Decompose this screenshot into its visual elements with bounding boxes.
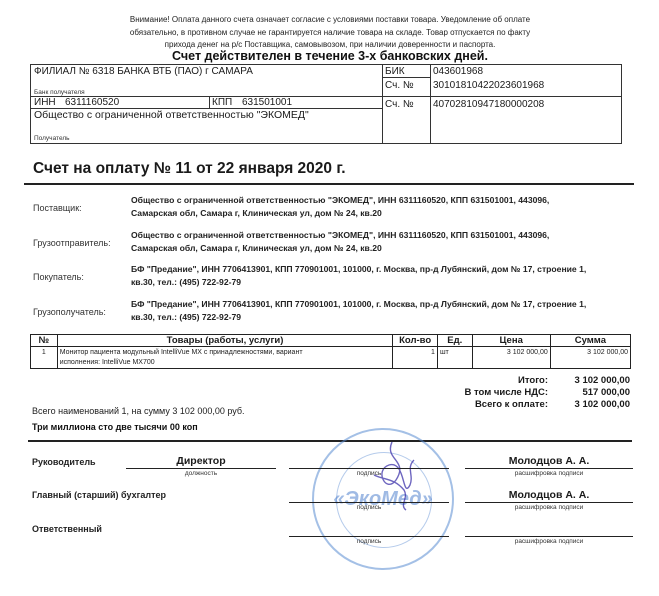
shipper-line-1: Общество с ограниченной ответственностью… bbox=[131, 229, 631, 242]
account-label: Сч. № bbox=[385, 99, 414, 110]
head-position: Директор bbox=[126, 455, 276, 467]
responsible-name-line bbox=[465, 536, 633, 537]
stamp-signature-icon bbox=[314, 430, 452, 568]
kpp-value: 631501001 bbox=[242, 97, 292, 108]
notice-line-1: Внимание! Оплата данного счета означает … bbox=[60, 14, 600, 27]
total-label: Итого: bbox=[398, 375, 548, 386]
notice-line-2: обязательно, в противном случае не гаран… bbox=[60, 27, 600, 40]
buyer-line-2: кв.30, тел.: (495) 722-92-79 bbox=[131, 276, 631, 289]
items-table: № Товары (работы, услуги) Кол-во Ед. Цен… bbox=[30, 334, 631, 369]
account-value: 40702810947180000208 bbox=[433, 99, 544, 110]
total-due-label: Всего к оплате: bbox=[398, 399, 548, 410]
supplier-line-2: Самарская обл, Самара г, Клиническая ул,… bbox=[131, 207, 631, 220]
supplier-label: Поставщик: bbox=[33, 203, 82, 213]
row-goods: Монитор пациента модульный IntelliVue MX… bbox=[57, 347, 393, 369]
items-count-summary: Всего наименований 1, на сумму 3 102 000… bbox=[32, 406, 245, 416]
accountant-name-caption: расшифровка подписи bbox=[465, 504, 633, 511]
amount-in-words: Три миллиона сто две тысячи 00 коп bbox=[32, 422, 198, 432]
col-header-goods: Товары (работы, услуги) bbox=[57, 335, 393, 347]
consignee-line-2: кв.30, тел.: (495) 722-92-79 bbox=[131, 311, 631, 324]
company-stamp: «ЭкоМед» bbox=[312, 428, 454, 570]
payment-notice: Внимание! Оплата данного счета означает … bbox=[60, 14, 600, 52]
title-divider bbox=[24, 183, 634, 185]
col-header-sum: Сумма bbox=[550, 335, 630, 347]
stamp-inner-ring bbox=[336, 452, 432, 548]
row-num: 1 bbox=[31, 347, 58, 369]
responsible-name-caption: расшифровка подписи bbox=[465, 538, 633, 545]
kpp-label: КПП bbox=[212, 97, 232, 108]
row-goods-line-1: Монитор пациента модульный IntelliVue MX… bbox=[60, 348, 391, 358]
head-signature-line[interactable] bbox=[289, 468, 449, 469]
divider bbox=[382, 96, 622, 97]
table-row: 1 Монитор пациента модульный IntelliVue … bbox=[31, 347, 631, 369]
vat-value: 517 000,00 bbox=[550, 387, 630, 398]
accountant-name-line bbox=[465, 502, 633, 503]
divider bbox=[382, 77, 430, 78]
buyer-value: БФ "Предание", ИНН 7706413901, КПП 77090… bbox=[131, 263, 631, 289]
bik-value: 043601968 bbox=[433, 66, 483, 77]
summary-divider bbox=[28, 440, 632, 442]
row-price: 3 102 000,00 bbox=[472, 347, 550, 369]
recipient-bank-name: ФИЛИАЛ № 6318 БАНКА ВТБ (ПАО) г САМАРА bbox=[34, 66, 253, 77]
recipient-caption: Получатель bbox=[34, 133, 70, 144]
head-name: Молодцов А. А. bbox=[465, 455, 633, 467]
shipper-line-2: Самарская обл, Самара г, Клиническая ул,… bbox=[131, 242, 631, 255]
position-line bbox=[126, 468, 276, 469]
consignee-value: БФ "Предание", ИНН 7706413901, КПП 77090… bbox=[131, 298, 631, 324]
shipper-value: Общество с ограниченной ответственностью… bbox=[131, 229, 631, 255]
divider bbox=[209, 96, 210, 108]
responsible-label: Ответственный bbox=[32, 524, 102, 534]
col-header-num: № bbox=[31, 335, 58, 347]
validity-notice: Счет действителен в течение 3-х банковск… bbox=[60, 49, 600, 63]
row-unit: шт bbox=[437, 347, 472, 369]
head-name-caption: расшифровка подписи bbox=[465, 470, 633, 477]
row-goods-line-2: исполнения: IntelliVue MX700 bbox=[60, 358, 391, 368]
recipient-name: Общество с ограниченной ответственностью… bbox=[34, 110, 309, 121]
inn-label: ИНН bbox=[34, 97, 56, 108]
responsible-signature-caption: подпись bbox=[289, 538, 449, 545]
consignee-line-1: БФ "Предание", ИНН 7706413901, КПП 77090… bbox=[131, 298, 631, 311]
row-qty: 1 bbox=[393, 347, 438, 369]
accountant-signature-caption: подпись bbox=[289, 504, 449, 511]
shipper-label: Грузоотправитель: bbox=[33, 238, 111, 248]
corr-account-value: 30101810422023601968 bbox=[433, 80, 544, 91]
col-header-price: Цена bbox=[472, 335, 550, 347]
head-signature-caption: подпись bbox=[289, 470, 449, 477]
row-sum: 3 102 000,00 bbox=[550, 347, 630, 369]
accountant-label: Главный (старший) бухгалтер bbox=[32, 490, 166, 500]
items-table-header: № Товары (работы, услуги) Кол-во Ед. Цен… bbox=[31, 335, 631, 347]
divider bbox=[430, 65, 431, 144]
total-value: 3 102 000,00 bbox=[550, 375, 630, 386]
head-name-line bbox=[465, 468, 633, 469]
supplier-line-1: Общество с ограниченной ответственностью… bbox=[131, 194, 631, 207]
consignee-label: Грузополучатель: bbox=[33, 307, 106, 317]
bank-details-table: ФИЛИАЛ № 6318 БАНКА ВТБ (ПАО) г САМАРА Б… bbox=[30, 64, 622, 144]
accountant-signature-line[interactable] bbox=[289, 502, 449, 503]
head-label: Руководитель bbox=[32, 457, 96, 467]
col-header-unit: Ед. bbox=[437, 335, 472, 347]
buyer-label: Покупатель: bbox=[33, 272, 84, 282]
vat-label: В том числе НДС: bbox=[398, 387, 548, 398]
responsible-signature-line[interactable] bbox=[289, 536, 449, 537]
position-caption: должность bbox=[126, 470, 276, 477]
invoice-title: Счет на оплату № 11 от 22 января 2020 г. bbox=[33, 160, 346, 178]
corr-account-label: Сч. № bbox=[385, 80, 414, 91]
bik-label: БИК bbox=[385, 66, 405, 77]
total-due-value: 3 102 000,00 bbox=[550, 399, 630, 410]
inn-value: 6311160520 bbox=[65, 97, 119, 108]
col-header-qty: Кол-во bbox=[393, 335, 438, 347]
supplier-value: Общество с ограниченной ответственностью… bbox=[131, 194, 631, 220]
accountant-name: Молодцов А. А. bbox=[465, 489, 633, 501]
buyer-line-1: БФ "Предание", ИНН 7706413901, КПП 77090… bbox=[131, 263, 631, 276]
